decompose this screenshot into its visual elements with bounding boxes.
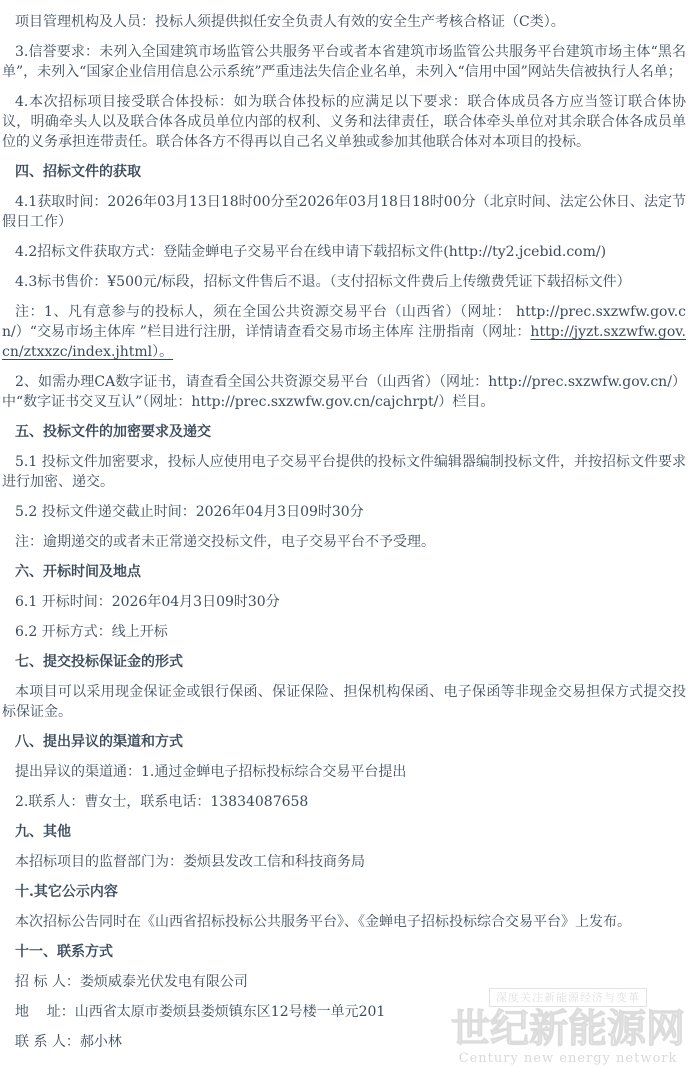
document-page: 项目管理机构及人员：投标人须提供拟任安全负责人有效的安全生产考核合格证（C类）。… (0, 0, 691, 1068)
doc-paragraph: 本项目可以采用现金保证金或银行保函、保证保险、担保机构保函、电子保函等非现金交易… (2, 682, 686, 722)
doc-paragraph: 3.信誉要求：未列入全国建筑市场监管公共服务平台或者本省建筑市场监管公共服务平台… (2, 42, 686, 82)
section-heading: 十.其它公示内容 (2, 882, 686, 902)
doc-paragraph: 4.2招标文件获取方式：登陆金蝉电子交易平台在线申请下载招标文件(http://… (2, 242, 686, 262)
doc-paragraph: 地 址：山西省太原市娄烦县娄烦镇东区12号楼一单元201 (2, 1002, 686, 1022)
doc-paragraph: 5.1 投标文件加密要求，投标人应使用电子交易平台提供的投标文件编辑器编制投标文… (2, 452, 686, 492)
doc-paragraph: 2.联系人：曹女士，联系电话：13834087658 (2, 792, 686, 812)
doc-paragraph: 本招标项目的监督部门为：娄烦县发改工信和科技商务局 (2, 852, 686, 872)
section-heading: 十一、联系方式 (2, 942, 686, 962)
doc-paragraph: 注：逾期递交的或者未正常递交投标文件，电子交易平台不予受理。 (2, 532, 686, 552)
section-heading: 五、投标文件的加密要求及递交 (2, 422, 686, 442)
section-heading: 八、提出异议的渠道和方式 (2, 732, 686, 752)
doc-paragraph: 2、如需办理CA数字证书，请查看全国公共资源交易平台（山西省）（网址：http:… (2, 372, 686, 412)
doc-paragraph: 招 标 人：娄烦威泰光伏发电有限公司 (2, 972, 686, 992)
doc-paragraph: 联 系 人：郝小林 (2, 1032, 686, 1052)
doc-paragraph: 4.3标书售价：¥500元/标段，招标文件售后不退。（支付招标文件费后上传缴费凭… (2, 272, 686, 292)
doc-paragraph: 项目管理机构及人员：投标人须提供拟任安全负责人有效的安全生产考核合格证（C类）。 (2, 12, 686, 32)
section-heading: 六、开标时间及地点 (2, 562, 686, 582)
document-body: 项目管理机构及人员：投标人须提供拟任安全负责人有效的安全生产考核合格证（C类）。… (2, 12, 686, 1052)
section-heading: 九、其他 (2, 822, 686, 842)
section-heading: 四、招标文件的获取 (2, 162, 686, 182)
doc-paragraph: 4.1获取时间：2026年03月13日18时00分至2026年03月18日18时… (2, 192, 686, 232)
doc-paragraph: 本次招标公告同时在《山西省招标投标公共服务平台》、《金蝉电子招标投标综合交易平台… (2, 912, 686, 932)
doc-paragraph: 5.2 投标文件递交截止时间：2026年04月3日09时30分 (2, 502, 686, 522)
watermark-subtitle: Century new energy network (449, 1051, 687, 1066)
doc-paragraph: 提出异议的渠道通：1.通过金蝉电子招标投标综合交易平台提出 (2, 762, 686, 782)
doc-paragraph: 注：1、凡有意参与的投标人，须在全国公共资源交易平台（山西省）（网址： http… (2, 302, 686, 362)
doc-paragraph: 6.2 开标方式：线上开标 (2, 622, 686, 642)
section-heading: 七、提交投标保证金的形式 (2, 652, 686, 672)
doc-paragraph: 4.本次招标项目接受联合体投标：如为联合体投标的应满足以下要求：联合体成员各方应… (2, 92, 686, 152)
doc-paragraph: 6.1 开标时间：2026年04月3日09时30分 (2, 592, 686, 612)
